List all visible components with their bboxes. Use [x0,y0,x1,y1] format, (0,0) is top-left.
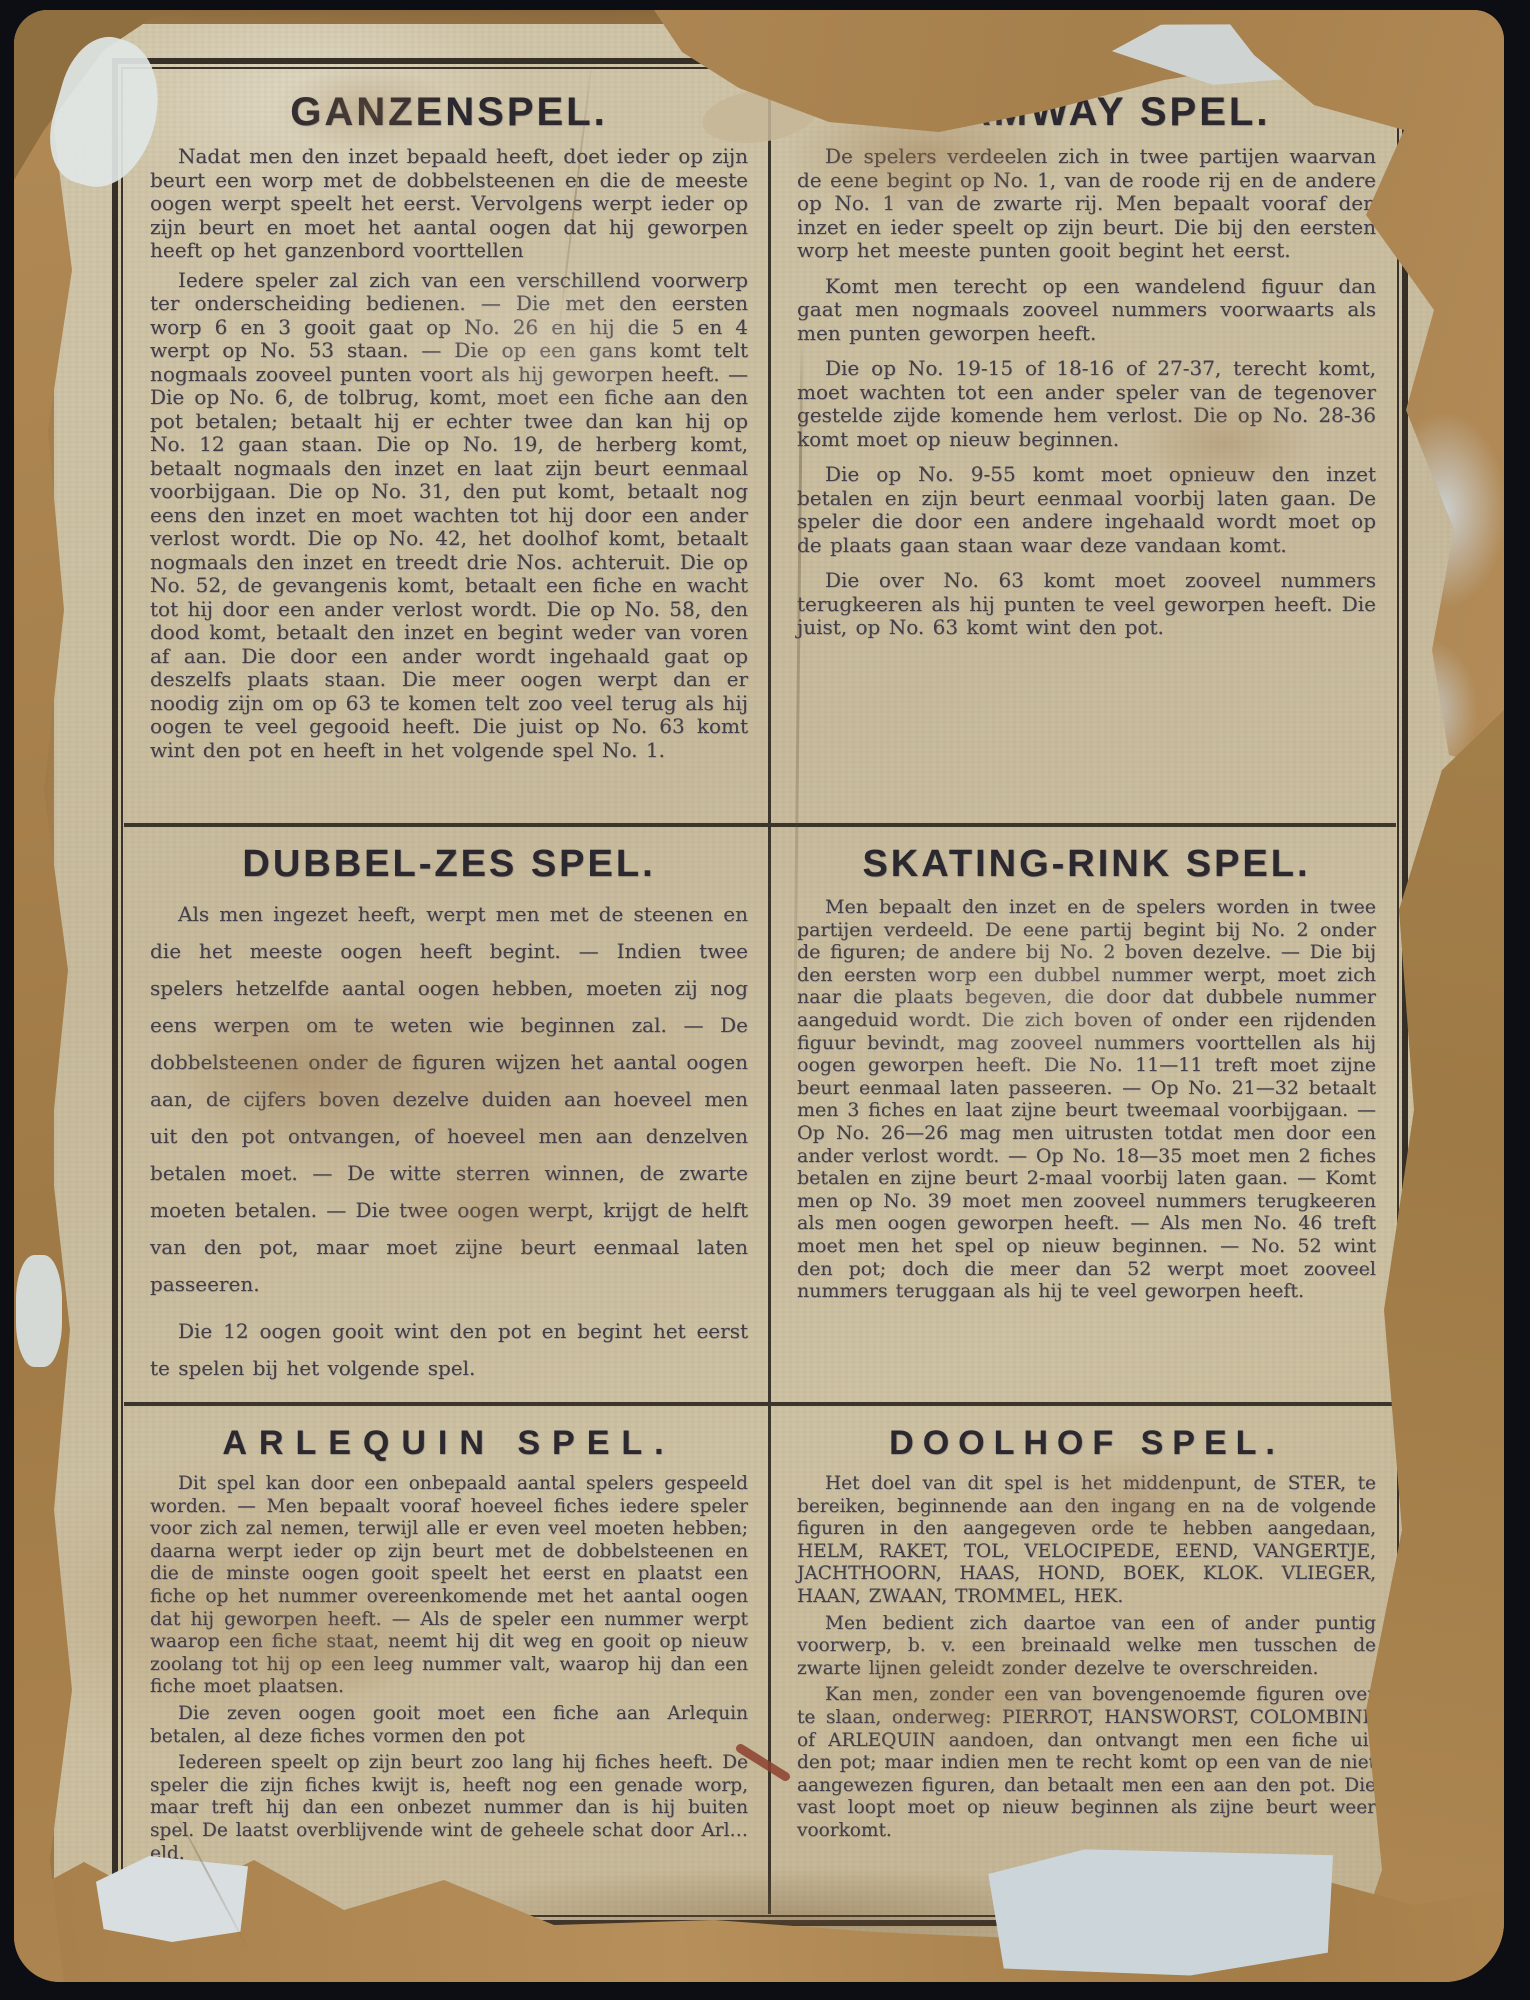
rules-grid: GANZENSPEL. Nadat men den inzet bepaald … [124,70,1396,1914]
dubbel-zes-paragraph-1: Als men ingezet heeft, werpt men met de … [150,896,748,1303]
tramway-paragraph-3: Die op No. 19-15 of 18-16 of 27-37, tere… [797,357,1376,451]
arlequin-paragraph-1: Dit spel kan door een onbepaald aantal s… [150,1473,748,1699]
photo-of-game-board-back: { "colors":{ "background":"#0d0e14", "ca… [0,0,1530,2000]
section-doolhof-spel: DOOLHOF SPEL. Het doel van dit spel is h… [771,1406,1396,1914]
section-tramway-spel: TRAMWAY SPEL. De spelers verdeelen zich … [771,70,1396,827]
tramway-paragraph-2: Komt men terecht op een wandelend figuur… [797,275,1376,346]
section-title-doolhof: DOOLHOF SPEL. [797,1424,1376,1463]
ganzenspel-paragraph-1: Nadat men den inzet bepaald heeft, doet … [150,145,748,263]
ganzenspel-paragraph-2: Iedere speler zal zich van een verschill… [150,269,748,763]
printed-frame-border: GANZENSPEL. Nadat men den inzet bepaald … [112,58,1408,1926]
tramway-paragraph-1: De spelers verdeelen zich in twee partij… [797,145,1376,263]
doolhof-paragraph-2: Men bedient zich daartoe van een of ande… [797,1613,1376,1681]
tramway-paragraph-4: Die op No. 9-55 komt moet opnieuw den in… [797,463,1376,557]
pasted-rules-sheet: GANZENSPEL. Nadat men den inzet bepaald … [54,24,1478,1958]
section-skating-rink-spel: SKATING-RINK SPEL. Men bepaalt den inzet… [771,827,1396,1406]
section-title-ganzenspel: GANZENSPEL. [150,90,748,135]
arlequin-paragraph-2: Die zeven oogen gooit moet een fiche aan… [150,1703,748,1748]
section-title-tramway: TRAMWAY SPEL. [797,90,1376,135]
arlequin-paragraph-3: Iedereen speelt op zijn beurt zoo lang h… [150,1752,748,1865]
section-title-arlequin: ARLEQUIN SPEL. [150,1424,748,1463]
section-ganzenspel: GANZENSPEL. Nadat men den inzet bepaald … [124,70,771,827]
tramway-paragraph-5: Die over No. 63 komt moet zooveel nummer… [797,569,1376,640]
dubbel-zes-paragraph-2: Die 12 oogen gooit wint den pot en begin… [150,1313,748,1387]
doolhof-paragraph-1: Het doel van dit spel is het middenpunt,… [797,1473,1376,1609]
skating-rink-paragraph-1: Men bepaalt den inzet en de spelers word… [797,896,1376,1303]
section-arlequin-spel: ARLEQUIN SPEL. Dit spel kan door een onb… [124,1406,771,1914]
cardboard-board: GANZENSPEL. Nadat men den inzet bepaald … [14,10,1504,1982]
section-title-skating-rink: SKATING-RINK SPEL. [797,843,1376,886]
doolhof-paragraph-3: Kan men, zonder een van bovengenoemde fi… [797,1684,1376,1842]
section-dubbel-zes-spel: DUBBEL-ZES SPEL. Als men ingezet heeft, … [124,827,771,1406]
section-title-dubbel-zes: DUBBEL-ZES SPEL. [150,843,748,886]
